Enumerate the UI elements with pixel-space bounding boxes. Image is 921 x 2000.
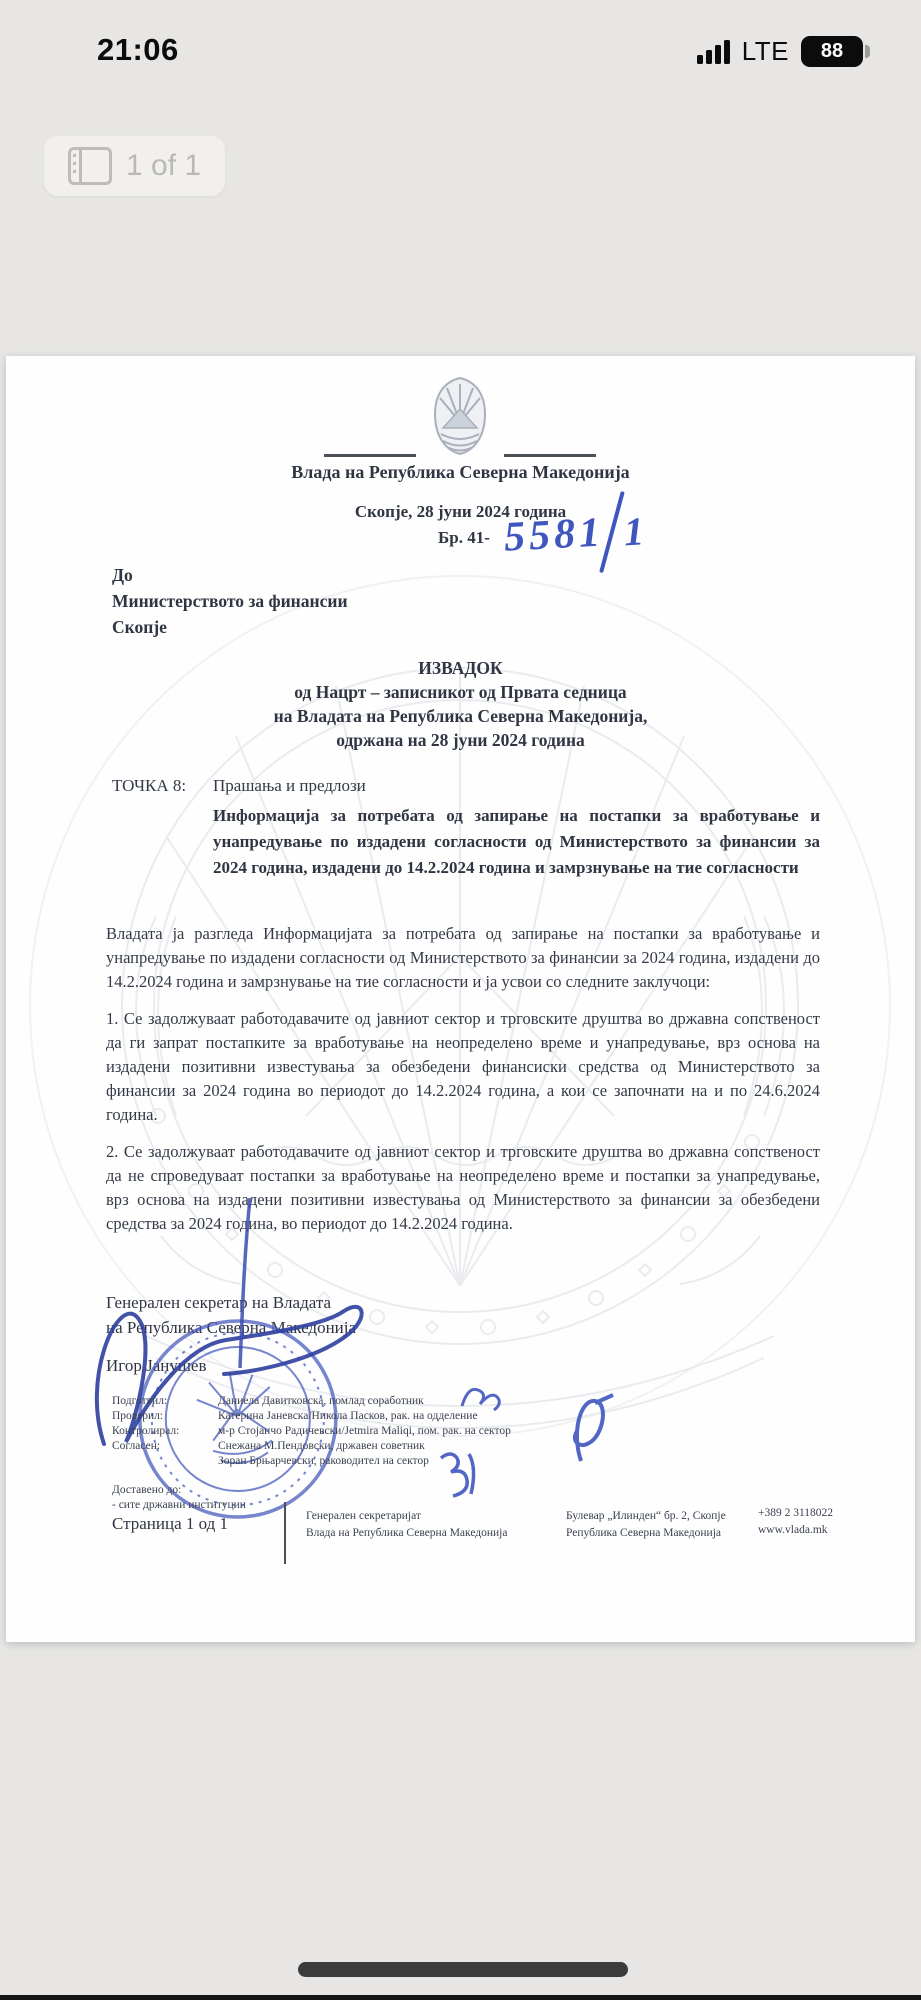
battery-percentage: 88 xyxy=(821,40,843,63)
title-line-4: одржана на 28 јуни 2024 година xyxy=(6,728,915,752)
addressee-ministry: Министерството за финансии xyxy=(112,588,348,614)
page-thumbnails-icon xyxy=(68,147,112,185)
approval-value: м-р Стојанчо Радичевски/Jetmira Maliqi, … xyxy=(218,1424,511,1439)
footer-address-line-1: Булевар „Илинден“ бр. 2, Скопје xyxy=(566,1508,726,1525)
footer-address-line-2: Република Северна Македонија xyxy=(566,1525,726,1542)
initials-scribble xyxy=(431,1444,491,1504)
page-indicator-label: 1 of 1 xyxy=(126,149,201,183)
status-icons: LTE 88 xyxy=(697,36,863,67)
addressee-to: До xyxy=(112,562,348,588)
footer-phone: +389 2 3118022 xyxy=(758,1505,833,1522)
screen-bottom-edge xyxy=(0,1995,921,2000)
header-divider-right xyxy=(504,454,596,457)
initials-scribble xyxy=(551,1391,621,1471)
header-divider-left xyxy=(324,454,416,457)
approval-value: Зоран Брњарчевски, раководител на сектор xyxy=(218,1454,429,1469)
footer-org: Генерален секретаријат Влада на Републик… xyxy=(306,1508,508,1542)
footer-divider xyxy=(284,1502,286,1564)
approval-label xyxy=(112,1454,218,1469)
initials-scribble xyxy=(454,1378,504,1418)
approval-value: Катерина Јаневска/Никола Пасков, рак. на… xyxy=(218,1409,478,1424)
network-type-label: LTE xyxy=(742,36,789,67)
title-line-2: од Нацрт – записникот од Првата седница xyxy=(6,680,915,704)
document-body: Владата ја разгледа Информацијата за пот… xyxy=(106,922,820,1249)
addressee-city: Скопје xyxy=(112,614,348,640)
approval-label: Согласен: xyxy=(112,1439,218,1454)
approval-row: Проверил: Катерина Јаневска/Никола Паско… xyxy=(112,1409,511,1424)
document-page[interactable]: Влада на Република Северна Македонија Ск… xyxy=(6,356,915,1642)
approval-value: Снежана М.Пендовски, државен советник xyxy=(218,1439,425,1454)
footer-org-line-1: Генерален секретаријат xyxy=(306,1508,508,1525)
footer-address: Булевар „Илинден“ бр. 2, Скопје Републик… xyxy=(566,1508,726,1542)
handwritten-number-suffix: 1 xyxy=(623,507,645,555)
body-intro: Владата ја разгледа Информацијата за пот… xyxy=(106,922,820,994)
approval-value: Даниела Давитковска, помлад соработник xyxy=(218,1394,424,1409)
document-number-label: Бр. 41- xyxy=(438,528,490,548)
status-time: 21:06 xyxy=(97,32,179,68)
footer-page-number: Страница 1 од 1 xyxy=(112,1514,228,1534)
footer-website: www.vlada.mk xyxy=(758,1522,833,1539)
place-date: Скопје, 28 јуни 2024 година xyxy=(6,502,915,522)
phone-screen: 21:06 LTE 88 1 of 1 xyxy=(0,0,921,2000)
approval-row: Подготвил: Даниела Давитковска, помлад с… xyxy=(112,1394,511,1409)
approval-label: Подготвил: xyxy=(112,1394,218,1409)
agenda-point-info: Информација за потребата од запирање на … xyxy=(213,803,820,881)
title-line-1: ИЗВАДОК xyxy=(6,656,915,680)
page-indicator-pill[interactable]: 1 of 1 xyxy=(44,136,225,196)
approval-label: Проверил: xyxy=(112,1409,218,1424)
org-name: Влада на Република Северна Македонија xyxy=(6,462,915,483)
footer-contact: +389 2 3118022 www.vlada.mk xyxy=(758,1505,833,1539)
home-indicator[interactable] xyxy=(298,1962,628,1977)
agenda-point-label: ТОЧКА 8: xyxy=(112,776,186,796)
approval-label: Контролирал: xyxy=(112,1424,218,1439)
battery-icon: 88 xyxy=(801,36,863,67)
pen-stroke xyxy=(230,1198,260,1368)
body-conclusion-2: 2. Се задолжуваат работодавачите од јавн… xyxy=(106,1140,820,1236)
title-line-3: на Владата на Република Северна Македони… xyxy=(6,704,915,728)
addressee-block: До Министерството за финансии Скопје xyxy=(112,562,348,640)
footer-org-line-2: Влада на Република Северна Македонија xyxy=(306,1525,508,1542)
document-title: ИЗВАДОК од Нацрт – записникот од Првата … xyxy=(6,656,915,752)
cellular-signal-icon xyxy=(697,40,730,64)
coat-of-arms-icon xyxy=(429,376,491,456)
agenda-point-subject: Прашања и предлози xyxy=(213,776,366,796)
body-conclusion-1: 1. Се задолжуваат работодавачите од јавн… xyxy=(106,1007,820,1127)
handwritten-number-main: 5581 xyxy=(503,508,605,561)
approval-row: Контролирал: м-р Стојанчо Радичевски/Jet… xyxy=(112,1424,511,1439)
handwritten-document-number: 5581 1 xyxy=(502,488,646,579)
